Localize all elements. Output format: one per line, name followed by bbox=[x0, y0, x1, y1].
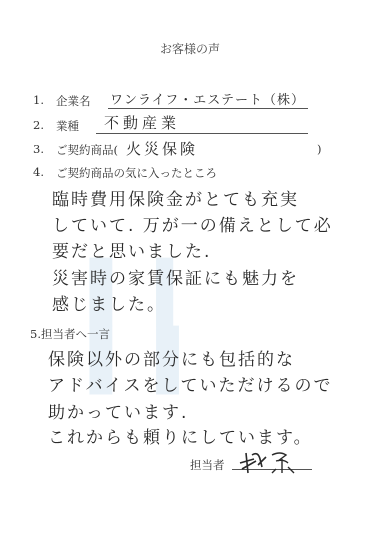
section-5-line-4: これからも頼りにしています。 bbox=[48, 423, 313, 448]
signature-scrawl-icon bbox=[236, 447, 306, 475]
field-1-label: 企業名 bbox=[56, 93, 91, 109]
industry-underline bbox=[96, 133, 308, 134]
section-5-line-3: 助かっています. bbox=[48, 398, 188, 423]
section-4-number: 4. bbox=[33, 165, 44, 179]
company-name-underline bbox=[108, 108, 308, 109]
section-4-label: ご契約商品の気に入ったところ bbox=[56, 165, 217, 181]
section-4-line-3: 要だと思いました. bbox=[52, 237, 211, 262]
signature-label: 担当者 bbox=[190, 457, 225, 473]
section-5-line-1: 保険以外の部分にも包括的な bbox=[48, 345, 295, 370]
industry-value: 不動産業 bbox=[104, 112, 180, 133]
field-2-label: 業種 bbox=[56, 118, 79, 134]
field-2-number: 2. bbox=[33, 118, 44, 132]
section-4-line-5: 感じました。 bbox=[52, 290, 166, 315]
product-close-paren: ) bbox=[317, 142, 322, 156]
field-3-label: ご契約商品( bbox=[56, 142, 118, 158]
product-value: 火災保険 bbox=[126, 138, 198, 159]
section-4-line-4: 災害時の家賃保証にも魅力を bbox=[52, 264, 299, 289]
company-name-value: ワンライフ・エステート（株） bbox=[110, 89, 305, 108]
field-1-number: 1. bbox=[33, 93, 44, 107]
field-3-number: 3. bbox=[33, 142, 44, 156]
section-5-line-2: アドバイスをしていただけるので bbox=[48, 371, 333, 396]
section-4-line-2: していて. 万が一の備えとして必 bbox=[52, 211, 333, 236]
section-5-label: 5.担当者へ一言 bbox=[30, 326, 110, 342]
form-title: お客様の声 bbox=[0, 40, 380, 57]
section-4-line-1: 臨時費用保険金がとても充実 bbox=[52, 185, 299, 210]
